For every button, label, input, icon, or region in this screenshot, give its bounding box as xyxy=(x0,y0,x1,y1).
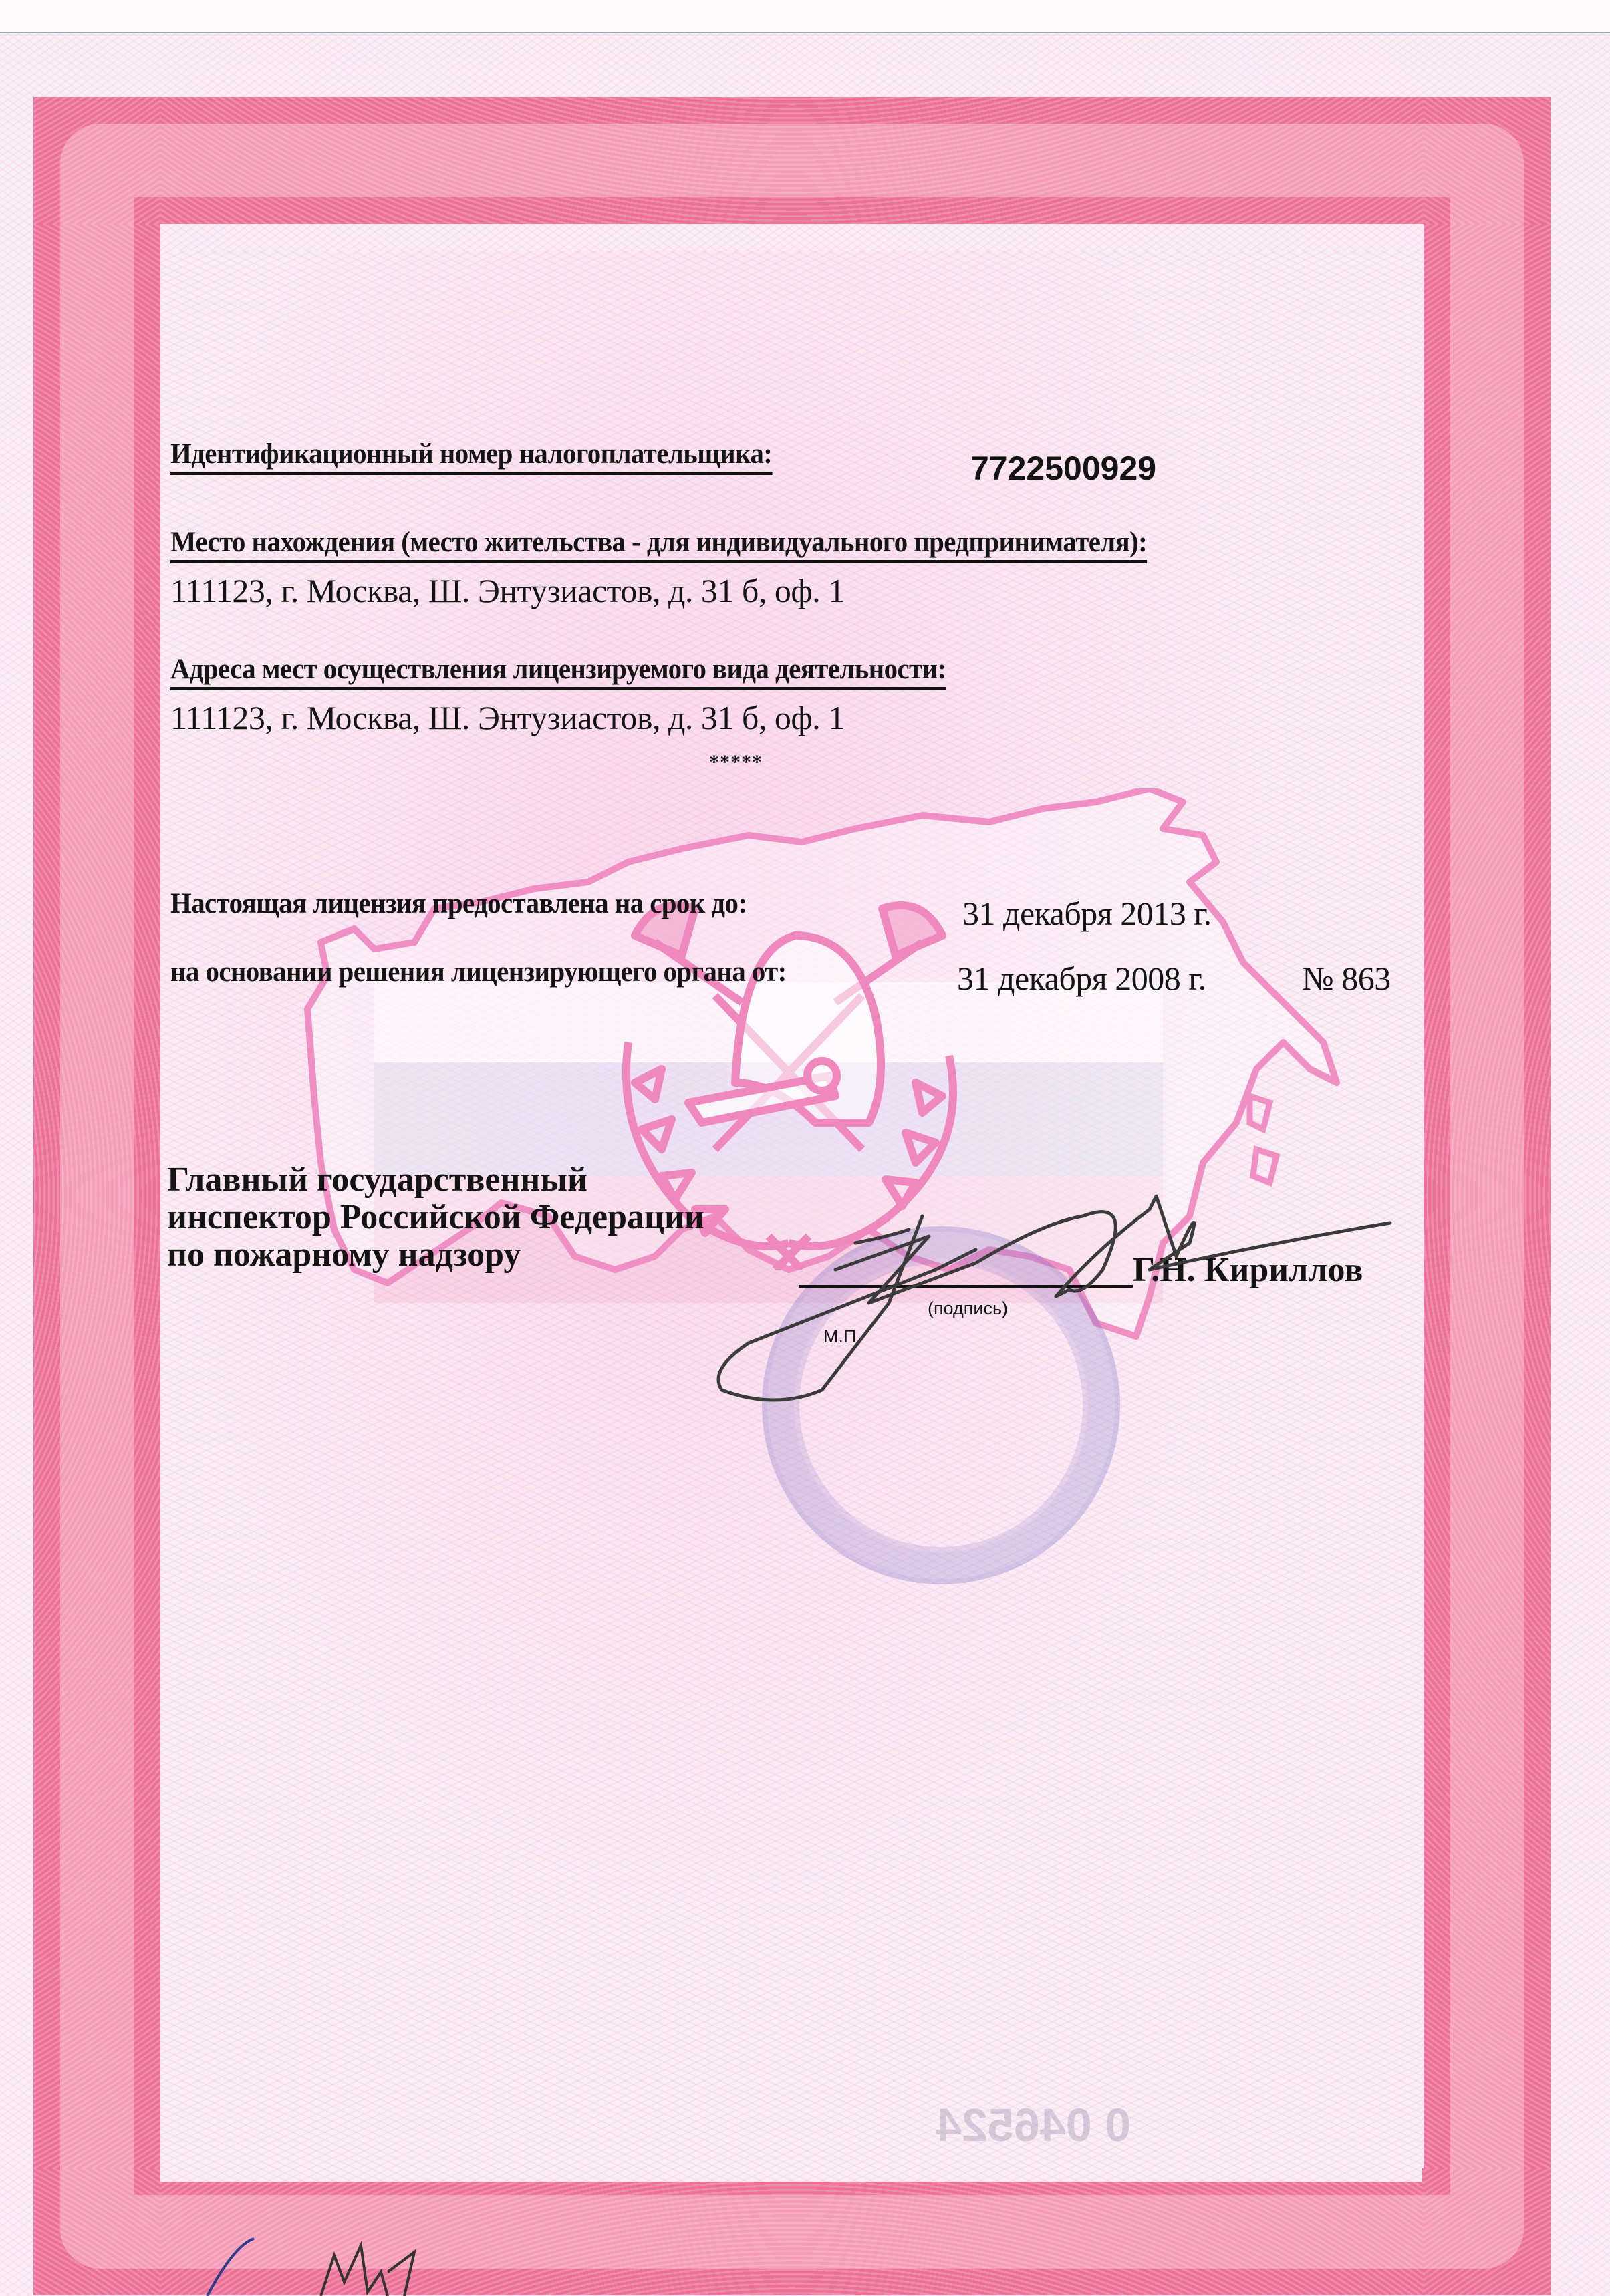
inn-label: Идентификационный номер налогоплательщик… xyxy=(170,438,772,475)
activity-addresses-label: Адреса мест осуществления лицензируемого… xyxy=(170,653,946,690)
decision-number: № 863 xyxy=(1302,959,1391,998)
term-label: Настоящая лицензия предоставлена на срок… xyxy=(170,887,747,920)
location-address: 111123, г. Москва, Ш. Энтузиастов, д. 31… xyxy=(170,571,845,610)
signatory-title-line-3: по пожарному надзору xyxy=(167,1236,521,1274)
handwritten-signature-icon xyxy=(668,1169,1403,1410)
decision-label: на основании решения лицензирующего орга… xyxy=(170,956,787,988)
bottom-signature-marks-icon xyxy=(167,2232,515,2296)
term-valid-until: 31 декабря 2013 г. xyxy=(962,894,1212,933)
bleed-through-serial: 0 046524 xyxy=(936,2098,1131,2152)
decision-date: 31 декабря 2008 г. xyxy=(957,959,1206,998)
separator-stars: ***** xyxy=(709,751,763,774)
signatory-title-line-1: Главный государственный xyxy=(167,1161,587,1199)
inn-value: 7722500929 xyxy=(970,449,1156,488)
location-label: Место нахождения (место жительства - для… xyxy=(170,526,1147,563)
activity-address: 111123, г. Москва, Ш. Энтузиастов, д. 31… xyxy=(170,698,845,737)
signatory-title-line-2: инспектор Российской Федерации xyxy=(167,1199,704,1236)
